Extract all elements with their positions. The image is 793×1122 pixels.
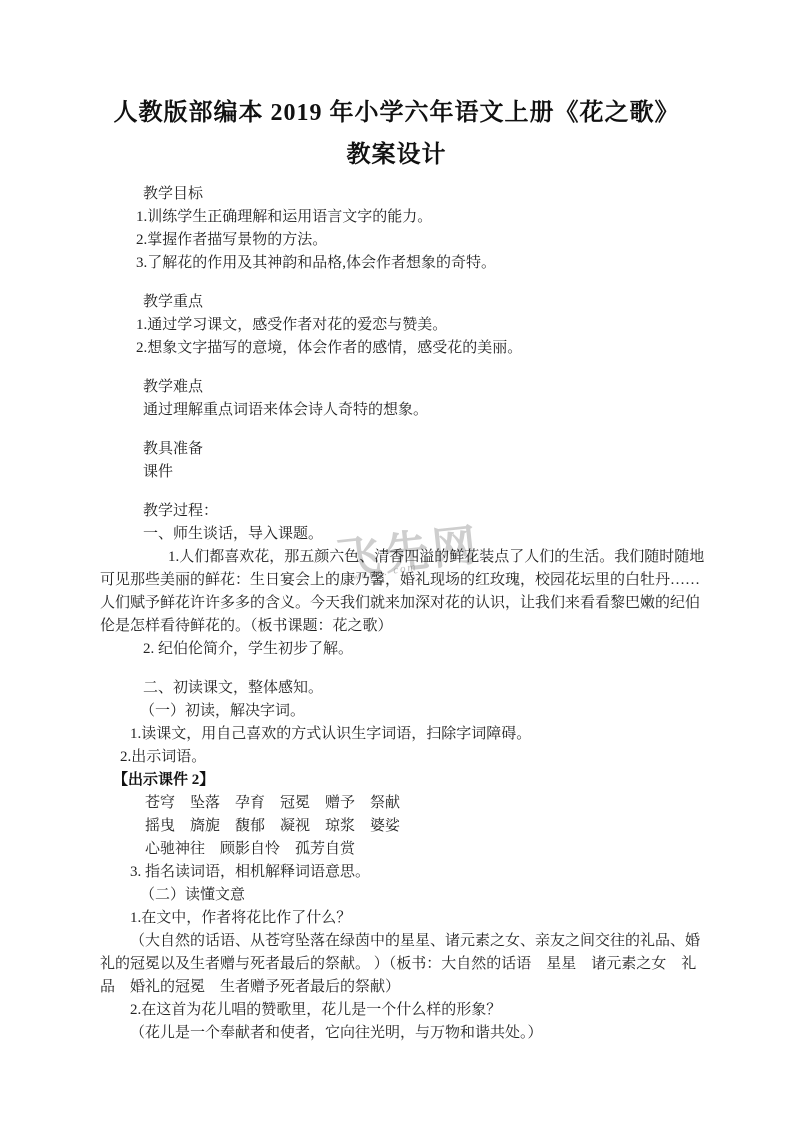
paragraph-line: 教学重点: [100, 291, 696, 314]
paragraph-line: 2. 纪伯伦简介，学生初步了解。: [100, 638, 696, 661]
paragraph-line: 2.在这首为花儿唱的赞歌里，花儿是一个什么样的形象？: [100, 999, 696, 1022]
paragraph-line: 课件: [100, 461, 696, 484]
paragraph-line: （一）初读，解决字词。: [100, 700, 696, 723]
paragraph-line: 2.出示词语。: [100, 746, 696, 769]
paragraph-line: （二）读懂文意: [100, 884, 696, 907]
paragraph-line: 1.在文中，作者将花比作了什么？: [100, 907, 696, 930]
paragraph-line: 教学过程：: [100, 500, 696, 523]
paragraph-line: 礼的冠冕以及生者赠与死者最后的祭献。 ）（板书：大自然的话语 星星 诸元素之女 …: [100, 953, 696, 976]
paragraph-line: 可见那些美丽的鲜花：生日宴会上的康乃馨，婚礼现场的红玫瑰，校园花坛里的白牡丹……: [100, 569, 696, 592]
paragraph-line: 通过理解重点词语来体会诗人奇特的想象。: [100, 399, 696, 422]
paragraph-line: 1.通过学习课文，感受作者对花的爱恋与赞美。: [100, 314, 696, 337]
paragraph-line: （大自然的话语、从苍穹坠落在绿茵中的星星、诸元素之女、亲友之间交往的礼品、婚: [100, 930, 696, 953]
paragraph-line: 人们赋予鲜花许许多多的含义。今天我们就来加深对花的认识，让我们来看看黎巴嫩的纪伯: [100, 592, 696, 615]
paragraph-line: 品 婚礼的冠冕 生者赠予死者最后的祭献）: [100, 976, 696, 999]
paragraph-line: 摇曳 旖旎 馥郁 凝视 琼浆 婆娑: [100, 815, 696, 838]
document-title-line1: 人教版部编本 2019 年小学六年语文上册《花之歌》: [0, 92, 793, 134]
paragraph-line: 1.训练学生正确理解和运用语言文字的能力。: [100, 206, 696, 229]
paragraph-line: 一、师生谈话，导入课题。: [100, 523, 696, 546]
paragraph-line: （花儿是一个奉献者和使者，它向往光明，与万物和谐共处。）: [100, 1022, 696, 1045]
paragraph-line: 伦是怎样看待鲜花的。（板书课题：花之歌）: [100, 615, 696, 638]
paragraph-line: 苍穹 坠落 孕育 冠冕 赠予 祭献: [100, 792, 696, 815]
paragraph-line: 3.了解花的作用及其神韵和品格,体会作者想象的奇特。: [100, 252, 696, 275]
document-page: 飞先网 wang. com 人教版部编本 2019 年小学六年语文上册《花之歌》…: [0, 0, 793, 1122]
paragraph-line: 3. 指名读词语，相机解释词语意思。: [100, 861, 696, 884]
paragraph-line: 1.读课文，用自己喜欢的方式认识生字词语，扫除字词障碍。: [100, 723, 696, 746]
document-title-line2: 教案设计: [0, 134, 793, 176]
paragraph-line: 2.想象文字描写的意境，体会作者的感情，感受花的美丽。: [100, 337, 696, 360]
paragraph-line: 教具准备: [100, 438, 696, 461]
paragraph-line: 【出示课件 2】: [100, 769, 696, 792]
document-body: 教学目标1.训练学生正确理解和运用语言文字的能力。2.掌握作者描写景物的方法。3…: [100, 183, 696, 1045]
document-title: 人教版部编本 2019 年小学六年语文上册《花之歌》 教案设计: [0, 0, 793, 176]
paragraph-line: 心驰神往 顾影自怜 孤芳自赏: [100, 838, 696, 861]
paragraph-line: 教学难点: [100, 376, 696, 399]
paragraph-line: 1.人们都喜欢花，那五颜六色、清香四溢的鲜花装点了人们的生活。我们随时随地: [100, 546, 696, 569]
paragraph-line: 2.掌握作者描写景物的方法。: [100, 229, 696, 252]
paragraph-line: 教学目标: [100, 183, 696, 206]
paragraph-line: 二、初读课文，整体感知。: [100, 677, 696, 700]
